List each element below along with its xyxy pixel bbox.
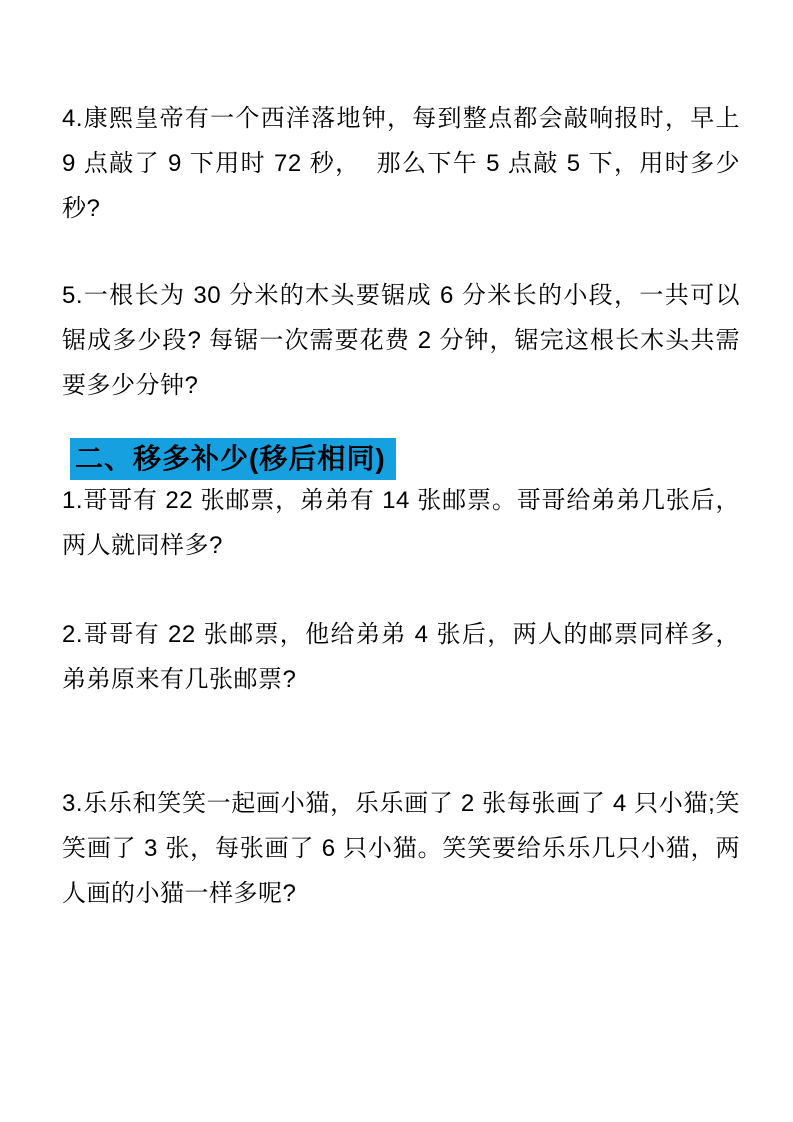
section-heading: 二、移多补少(移后相同) [70, 438, 396, 480]
question-2: 2.哥哥有 22 张邮票，他给弟弟 4 张后，两人的邮票同样多，弟弟原来有几张邮… [62, 612, 740, 702]
question-5: 5.一根长为 30 分米的木头要锯成 6 分米长的小段，一共可以锯成多少段? 每… [62, 273, 740, 408]
worksheet-page: 4.康熙皇帝有一个西洋落地钟，每到整点都会敲响报时，早上 9 点敲了 9 下用时… [0, 0, 793, 1122]
question-4: 4.康熙皇帝有一个西洋落地钟，每到整点都会敲响报时，早上 9 点敲了 9 下用时… [62, 96, 740, 231]
section-heading-row: 二、移多补少(移后相同) [70, 438, 396, 480]
question-1: 1.哥哥有 22 张邮票，弟弟有 14 张邮票。哥哥给弟弟几张后，两人就同样多? [62, 478, 740, 568]
question-3: 3.乐乐和笑笑一起画小猫，乐乐画了 2 张每张画了 4 只小猫;笑笑画了 3 张… [62, 781, 740, 916]
